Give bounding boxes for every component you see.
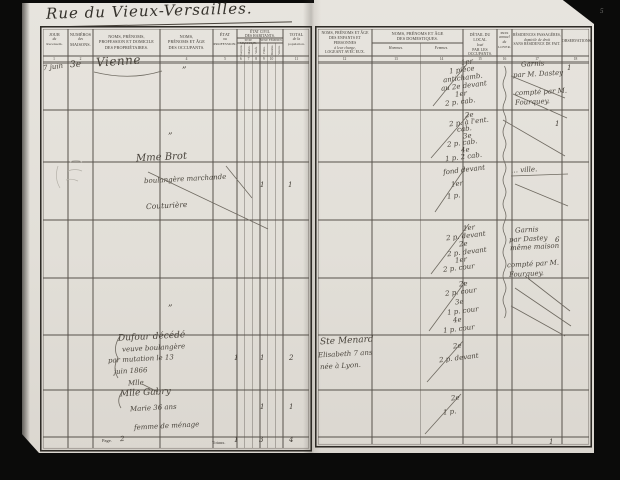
tally-r7-total: 1 bbox=[289, 403, 293, 411]
r3-residences-note: … ville. bbox=[511, 165, 538, 174]
r2-residences-mark: 1 bbox=[555, 120, 559, 128]
tally-r6-garcons: 1 bbox=[234, 354, 238, 362]
colnum-16: 16 bbox=[500, 57, 510, 61]
header-enfants: NOMS, PRÉNOMS ET ÂGE DES ENFANTS ET PERS… bbox=[318, 31, 372, 55]
left-table-grid-svg bbox=[40, 26, 312, 452]
r4-residences-0: Garnis bbox=[515, 225, 539, 234]
header-total: TOTAL de la population. bbox=[283, 32, 310, 47]
r4-residences-slash bbox=[525, 276, 570, 311]
colnum-4: 4 bbox=[182, 57, 192, 61]
total-filles: 3 bbox=[259, 436, 263, 444]
header-occupants: NOMS, PRÉNOMS ET ÂGE DES OCCUPANTS. bbox=[160, 34, 213, 50]
entry-r1-ditto: ” bbox=[182, 66, 187, 76]
r4-observation: 6 bbox=[555, 236, 559, 244]
colnum-18: 18 bbox=[571, 57, 581, 61]
footer-totaux-label: Totaux. bbox=[212, 440, 226, 445]
row3-small-slash bbox=[226, 166, 252, 198]
book-left-edge-shadow bbox=[22, 0, 30, 453]
header-residences: RÉSIDENCES PASSAGÈRES, domicile de droit… bbox=[512, 33, 562, 47]
total-population: 4 bbox=[289, 436, 293, 444]
left-row-lines bbox=[43, 38, 309, 437]
header-domestiques: NOMS, PRÉNOMS ET ÂGE DES DOMESTIQUES. bbox=[372, 31, 463, 42]
entry-r6-line5: Mlle bbox=[128, 379, 144, 388]
header-proprietaires: NOMS, PRÉNOMS, PROFESSION ET DOMICILE DE… bbox=[93, 34, 160, 50]
colnum-1: 1 bbox=[49, 57, 59, 61]
colnum-5: 5 bbox=[220, 57, 230, 61]
tally-r7-filles: 1 bbox=[260, 403, 264, 411]
r3-residences-underline bbox=[511, 174, 568, 176]
name-underline-flourish bbox=[94, 71, 162, 76]
tally-r3-total: 1 bbox=[288, 181, 292, 189]
total-garcons: 1 bbox=[234, 436, 238, 444]
colnum-12: 12 bbox=[340, 57, 350, 61]
r1-observation: 1 bbox=[567, 64, 571, 72]
tally-r6-filles: 1 bbox=[260, 354, 264, 362]
left-page: JOUR du Recensem. NUMÉROS des MAISONS. N… bbox=[40, 26, 312, 452]
entry-r1-numero: 3e bbox=[70, 60, 82, 71]
tally-r6-total: 2 bbox=[289, 354, 293, 362]
left-pencil-scribbles bbox=[56, 161, 82, 189]
header-prix-loyer: PRIX annuel du LOYER. bbox=[497, 31, 512, 49]
r3-residences-slash bbox=[515, 184, 568, 206]
left-column-lines bbox=[68, 29, 283, 448]
header-domestiques-hommes: Hommes. bbox=[372, 46, 420, 51]
tally-r3-filles: 1 bbox=[260, 181, 264, 189]
r3-local-1: 1er bbox=[451, 179, 464, 188]
prix-column-squiggle bbox=[503, 66, 506, 318]
r5-residences-slash-1 bbox=[515, 288, 571, 326]
footer-page-number: 2 bbox=[120, 435, 125, 443]
header-etat-profession: ÉTAT ou PROFESSION. bbox=[213, 32, 237, 47]
r5-local-2: 3e bbox=[455, 298, 465, 307]
scanned-register-spread: Rue du Vieux-Versailles. 5 bbox=[0, 0, 620, 480]
r6-local-0: 2e bbox=[453, 342, 463, 351]
corner-page-number: 5 bbox=[600, 7, 604, 15]
colnum-15: 15 bbox=[475, 57, 485, 61]
header-numeros: NUMÉROS des MAISONS. bbox=[68, 32, 93, 48]
left-outer-border bbox=[41, 27, 312, 451]
header-jour: JOUR du Recensem. bbox=[41, 32, 68, 47]
r3-local-2: 1 p. bbox=[447, 191, 461, 201]
header-observations: OBSERVATIONS. bbox=[562, 39, 589, 44]
right-page: NOMS, PRÉNOMS ET ÂGE DES ENFANTS ET PERS… bbox=[315, 26, 592, 448]
entry-r2-ditto: ” bbox=[168, 132, 173, 142]
colnum-11: 11 bbox=[292, 57, 302, 61]
subcol-veuves: Veuves. bbox=[277, 41, 281, 59]
r1-residences-0: Garnis bbox=[521, 59, 545, 68]
r7-local-1: 1 p. bbox=[443, 407, 457, 417]
header-detail-local: DÉTAIL DU LOCAL loué PAR LES OCCUPANTS. bbox=[463, 33, 497, 57]
r7-observation: 1 bbox=[549, 438, 553, 446]
header-domestiques-femmes: Femmes. bbox=[420, 46, 463, 51]
r5-residences-slash-2 bbox=[511, 306, 565, 336]
colnum-10: 10 bbox=[267, 57, 277, 61]
r5-local-4: 4e bbox=[453, 316, 463, 325]
colnum-13: 13 bbox=[391, 57, 401, 61]
footer-page-label: Page. bbox=[102, 438, 112, 443]
r7-local-0: 2e bbox=[451, 394, 461, 403]
entry-r5-ditto: ” bbox=[168, 304, 173, 314]
colnum-14: 14 bbox=[437, 57, 447, 61]
